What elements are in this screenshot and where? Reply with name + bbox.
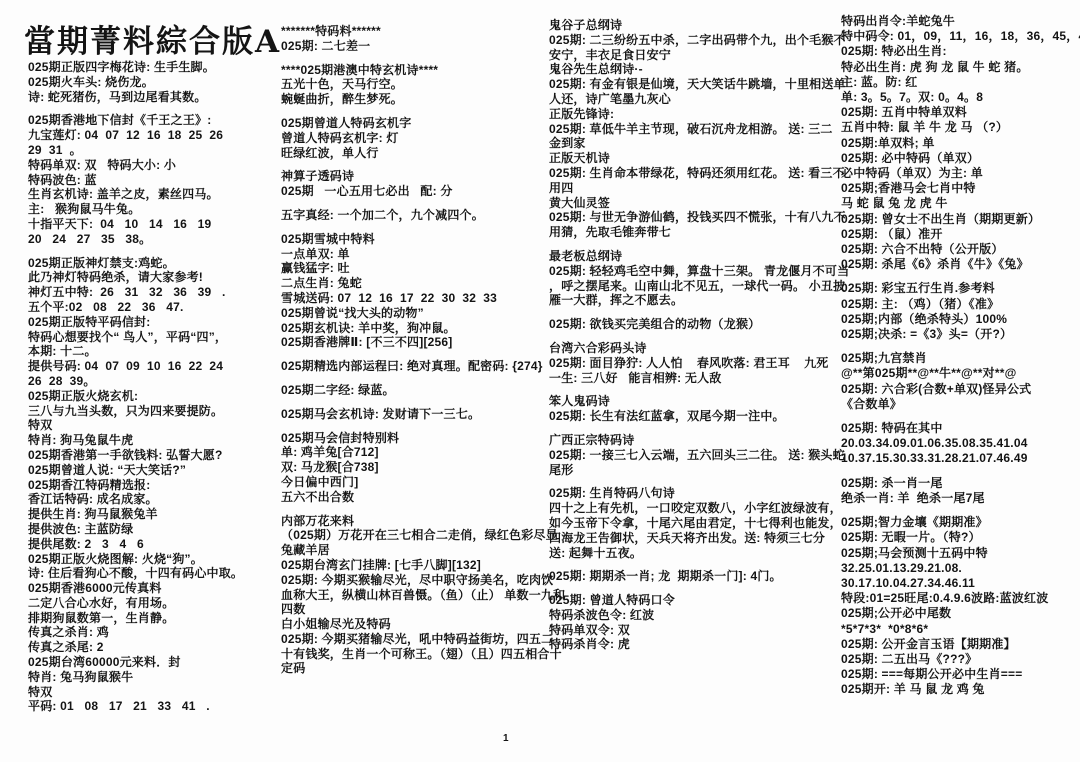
blank-line: [549, 584, 837, 593]
text-line: 十指平天下: 04 10 14 16 19: [28, 217, 274, 232]
text-line: 025期: 特必出生肖:: [841, 44, 1079, 59]
text-line: 雁一大群，挥之不愿去。: [549, 293, 837, 308]
text-line: 025期香港6000元传真料: [28, 581, 274, 596]
text-column-4: 特码出肖令:羊蛇兔牛特中码令: 01，09，11，16，18，36，45，460…: [841, 14, 1079, 698]
text-line: 蜿蜒曲折，醉生梦死。: [281, 92, 543, 107]
text-line: 十有钱奖，生肖一个可称王。（翅）（且）四五相合十: [281, 647, 543, 662]
text-line: 025期正版特平码信封:: [28, 315, 274, 330]
text-line: 必中特码（单双）为主: 单: [841, 166, 1079, 181]
text-line: 此乃神灯特码绝杀，请大家参考!: [28, 270, 274, 285]
text-line: 旺绿红波，单人行: [281, 146, 543, 161]
blank-line: [281, 350, 543, 359]
text-line: 赢钱猛字: 吐: [281, 261, 543, 276]
text-line: 025期 一心五用七必出 配: 分: [281, 184, 543, 199]
text-line: 提供号码: 04 07 09 10 16 22 24: [28, 359, 274, 374]
text-line: 送: 起舞十五夜。: [549, 546, 837, 561]
text-line: 025期;公开必中尾数: [841, 606, 1079, 621]
text-line: 定码: [281, 661, 543, 676]
text-line: 香江话特码: 成名成家。: [28, 492, 274, 507]
blank-line: [549, 385, 837, 394]
text-line: 025期玄机诀: 羊中奖，狗冲鼠。: [281, 321, 543, 336]
text-line: 黄大仙灵签: [549, 196, 837, 211]
text-line: 四海龙王告御状，天兵天将齐出发。送: 特须三七分: [549, 531, 837, 546]
text-line: 025期: 草低牛羊主节现，破石沉舟龙相游。 送: 三二: [549, 122, 837, 137]
text-line: 二点生肖: 兔蛇: [281, 276, 543, 291]
text-line: 025期: 杀一肖一尾: [841, 476, 1079, 491]
text-line: 025期马会信封特别料: [281, 431, 543, 446]
text-column-1: 025期正版四字梅花诗: 生手生脚。025期火车头: 烧伤龙。诗: 蛇死猪伤，马…: [28, 60, 274, 714]
text-line: 025期: 有金有银是仙境，天大笑话牛跳墙，十里相送单: [549, 77, 837, 92]
blank-line: [841, 467, 1079, 476]
text-line: 神算子透码诗: [281, 169, 543, 184]
page-number: 1: [503, 733, 509, 744]
text-line: 特肖: 兔马狗鼠猴牛: [28, 670, 274, 685]
text-line: *5*7*3* *0*8*6*: [841, 622, 1079, 637]
text-line: 主: 蓝。防: 红: [841, 75, 1079, 90]
text-line: 10.37.15.30.33.31.28.21.07.46.49: [841, 451, 1079, 466]
blank-line: [549, 240, 837, 249]
text-line: 025期;智力金壤《期期准》: [841, 515, 1079, 530]
text-line: 025期曾说“找大头的动物”: [281, 306, 543, 321]
text-line: 特码心想要找个“ 鸟人”，平码“四”，: [28, 330, 274, 345]
text-line: 32.25.01.13.29.21.08.: [841, 561, 1079, 576]
text-line: 025期: （鼠）准开: [841, 227, 1079, 242]
text-line: 双: 马龙猴[合738]: [281, 460, 543, 475]
text-line: 用猜，先取毛锥奔带七: [549, 225, 837, 240]
text-line: 鬼谷先生总纲诗·-: [549, 62, 837, 77]
text-line: 特码单双令: 双: [549, 623, 837, 638]
text-line: 20.03.34.09.01.06.35.08.35.41.04: [841, 436, 1079, 451]
text-line: 025期;决杀: =《3》头=（开?）: [841, 327, 1079, 342]
text-line: 五肖中特: 鼠 羊 牛 龙 马 （?）: [841, 120, 1079, 135]
text-line: 025期火车头: 烧伤龙。: [28, 75, 274, 90]
text-line: 025期: 六合不出特（公开版）: [841, 242, 1079, 257]
text-line: 笨人鬼码诗: [549, 394, 837, 409]
text-line: 025期雪城中特料: [281, 232, 543, 247]
text-line: 马 蛇 鼠 兔 龙 虎 牛: [841, 196, 1079, 211]
text-line: 025期香江特码精选报:: [28, 478, 274, 493]
text-line: 单: 鸡羊兔[合712]: [281, 445, 543, 460]
text-line: 025期: 特码在其中: [841, 421, 1079, 436]
text-line: 025期马会玄机诗: 发财请下一三七。: [281, 407, 543, 422]
text-line: 025期正版四字梅花诗: 生手生脚。: [28, 60, 274, 75]
text-line: 025期: 今期买猪输尽光，吼中特码益街坊，四五二: [281, 632, 543, 647]
blank-line: [549, 308, 837, 317]
text-line: 人还，诗广笔墨九灰心: [549, 92, 837, 107]
text-line: 一点单双: 单: [281, 247, 543, 262]
text-line: 兔藏羊居: [281, 543, 543, 558]
tipsheet-page: 當期菁料綜合版A 025期正版四字梅花诗: 生手生脚。025期火车头: 烧伤龙。…: [0, 0, 1080, 762]
text-line: 台湾六合彩码头诗: [549, 341, 837, 356]
blank-line: [281, 422, 543, 431]
text-line: 025期: ===每期公开必中生肖===: [841, 667, 1079, 682]
text-line: *******特码料******: [281, 24, 543, 39]
text-line: 单: 3。5。7。双: 0。4。8: [841, 90, 1079, 105]
text-line: 025期香港地下信封《千王之王》:: [28, 113, 274, 128]
text-line: 025期: 无暇一片。（特?）: [841, 530, 1079, 545]
text-line: 最老板总纲诗: [549, 249, 837, 264]
text-line: 五光十色，天马行空。: [281, 77, 543, 92]
page-title: 當期菁料綜合版A: [24, 16, 281, 61]
blank-line: [841, 506, 1079, 515]
text-line: 特段:01=25旺尾:0.4.9.6波路:蓝波红波: [841, 591, 1079, 606]
text-line: 雪城送码: 07 12 16 17 22 30 32 33: [281, 291, 543, 306]
text-line: 025期曾道人说: “天大笑话?”: [28, 463, 274, 478]
blank-line: [281, 223, 543, 232]
text-line: 025期二字经: 绿蓝。: [281, 383, 543, 398]
text-line: 提供尾数: 2 3 4 6: [28, 537, 274, 552]
text-line: 025期: 长生有法红蓝拿，双尾今期一注中。: [549, 409, 837, 424]
text-line: 特码波色: 蓝: [28, 173, 274, 188]
blank-line: [281, 199, 543, 208]
text-line: 025期: 期期杀一肖; 龙 期期杀一门]: 4门。: [549, 569, 837, 584]
text-line: 三八与九当头数，只为四来要提防。: [28, 404, 274, 419]
text-line: 025期正版神灯禁支:鸡蛇。: [28, 256, 274, 271]
text-line: 特肖: 狗马兔鼠牛虎: [28, 433, 274, 448]
blank-line: [281, 374, 543, 383]
text-line: 曾道人特码玄机字: 灯: [281, 131, 543, 146]
text-line: 025期: 二七差一: [281, 39, 543, 54]
text-line: 30.17.10.04.27.34.46.11: [841, 576, 1079, 591]
text-line: 特双: [28, 418, 274, 433]
text-line: ****025期港澳中特玄机诗****: [281, 63, 543, 78]
text-line: 025期开: 羊 马 鼠 龙 鸡 兔: [841, 682, 1079, 697]
blank-line: [549, 424, 837, 433]
text-line: 内部万花来料: [281, 514, 543, 529]
text-line: 26 28 39。: [28, 374, 274, 389]
text-line: 九宝莲灯: 04 07 12 16 18 25 26: [28, 128, 274, 143]
text-line: 29 31 。: [28, 143, 274, 158]
text-line: 025期: 生肖命本带绿花，特码还须用红花。 送: 看三不: [549, 166, 837, 181]
text-line: 用四: [549, 181, 837, 196]
text-line: 如今玉帝下令拿，十尾六尾由君定，十七得利也能发，: [549, 516, 837, 531]
text-line: 诗: 蛇死猪伤，马到边尾看其数。: [28, 90, 274, 105]
text-column-2: *******特码料******025期: 二七差一****025期港澳中特玄机…: [281, 24, 543, 676]
text-line: 025期: 杀尾《6》杀肖《牛》《兔》: [841, 257, 1079, 272]
blank-line: [549, 332, 837, 341]
text-line: 四数: [281, 602, 543, 617]
blank-line: [281, 505, 543, 514]
text-line: 025期台湾玄门挂牌: [七手八脚][132]: [281, 558, 543, 573]
text-line: 特码出肖令:羊蛇兔牛: [841, 14, 1079, 29]
text-line: 特双: [28, 685, 274, 700]
blank-line: [841, 412, 1079, 421]
text-line: 025期;九宫禁肖: [841, 351, 1079, 366]
text-line: 025期香港牌Ⅱ: [不三不四][256]: [281, 335, 543, 350]
text-line: 025期;内部（绝杀特头）100%: [841, 312, 1079, 327]
text-line: 025期精选内部运程曰: 绝对真理。配密码: {274}: [281, 359, 543, 374]
text-line: 五字真经: 一个加二个，九个减四个。: [281, 208, 543, 223]
text-line: 五六不出合数: [281, 490, 543, 505]
text-line: 025期: 与世无争游仙鹤，投钱买四不慌张，十有八九不: [549, 210, 837, 225]
text-line: 特必出生肖: 虎 狗 龙 鼠 牛 蛇 猪。: [841, 60, 1079, 75]
text-line: ，呼之摆尾来。山南山北不见五，一球代一码。 小丑披: [549, 279, 837, 294]
text-line: 特码杀波色令: 红波: [549, 608, 837, 623]
blank-line: [281, 54, 543, 63]
text-line: 血称大王，纵横山林百兽慑。（鱼）（止） 单数一九和: [281, 588, 543, 603]
text-line: 025期香港第一手欲钱料: 弘誓大愿?: [28, 448, 274, 463]
blank-line: [841, 342, 1079, 351]
blank-line: [281, 398, 543, 407]
text-line: 绝杀一肖: 羊 绝杀一尾7尾: [841, 491, 1079, 506]
text-line: 广西正宗特码诗: [549, 433, 837, 448]
text-line: 生肖玄机诗: 盖羊之皮，素丝四马。: [28, 187, 274, 202]
text-line: 尾形: [549, 463, 837, 478]
text-line: 025期: 必中特码（单双）: [841, 151, 1079, 166]
text-line: 025期: 六合彩(合数+单双)怪异公式: [841, 382, 1079, 397]
text-line: 《合数单》: [841, 397, 1079, 412]
text-line: 025期: 面目狰狞: 人人怕 春风吹落: 君王耳 九死: [549, 356, 837, 371]
text-line: 025期: 一接三七入云端，五六回头三二往。 送: 猴头蛇: [549, 448, 837, 463]
text-line: 025期: 公开金言玉语【期期准】: [841, 637, 1079, 652]
text-line: 025期: 欲钱买完美组合的动物（龙猴）: [549, 317, 837, 332]
text-line: 025期;香港马会七肖中特: [841, 181, 1079, 196]
text-line: 025期: 今期买猴输尽光，尽中职守扬美名，吃肉饮: [281, 573, 543, 588]
text-line: 提供生肖: 狗马鼠猴兔羊: [28, 507, 274, 522]
text-line: 传真之杀尾: 2: [28, 640, 274, 655]
text-line: 025期台湾60000元来料．封: [28, 655, 274, 670]
text-line: 特码杀肖令: 虎: [549, 637, 837, 652]
text-line: 025期: 生肖特码八句诗: [549, 486, 837, 501]
text-line: 025期正版火烧图解: 火烧“狗”。: [28, 552, 274, 567]
text-line: @**第025期**@**牛**@**对**@: [841, 366, 1079, 381]
text-line: 20 24 27 35 38。: [28, 232, 274, 247]
text-line: 主: 猴狗鼠马牛兔。: [28, 202, 274, 217]
text-line: 神灯五中特: 26 31 32 36 39 .: [28, 285, 274, 300]
text-line: 正版先锋诗:: [549, 107, 837, 122]
text-line: 诗: 住后看狗心不酸，十四有码心中取。: [28, 566, 274, 581]
blank-line: [281, 107, 543, 116]
text-line: 025期: 主: （鸡）（猪）《准》: [841, 297, 1079, 312]
text-line: 平码: 01 08 17 21 33 41 .: [28, 699, 274, 714]
text-line: 一生: 三八好 能言相辨: 无人敌: [549, 371, 837, 386]
text-line: 二定八合心水好，有用场。: [28, 596, 274, 611]
blank-line: [549, 477, 837, 486]
text-line: 金到家: [549, 136, 837, 151]
text-line: 025期曾道人特码玄机字: [281, 116, 543, 131]
text-line: 特中码令: 01，09，11，16，18，36，45，46: [841, 29, 1079, 44]
text-line: 025期: 二三纷纷五中杀，二字出码带个九，出个毛猴不: [549, 33, 837, 48]
text-line: 正版天机诗: [549, 151, 837, 166]
text-line: 025期: 彩宝五行生肖.参考料: [841, 281, 1079, 296]
text-line: 四十之上有先机，一口咬定双数八，小字红波绿波有，: [549, 501, 837, 516]
text-line: 025期: 曾道人特码口令: [549, 593, 837, 608]
text-line: 025期: 曾女士不出生肖（期期更新）: [841, 212, 1079, 227]
text-line: 五个平:02 08 22 36 47.: [28, 300, 274, 315]
text-line: 025期: 五肖中特单双料: [841, 105, 1079, 120]
text-line: 025期: 二五出马《???》: [841, 652, 1079, 667]
text-line: 提供波色: 主蓝防绿: [28, 522, 274, 537]
text-line: 025期正版火烧玄机:: [28, 389, 274, 404]
text-column-3: 鬼谷子总纲诗025期: 二三纷纷五中杀，二字出码带个九，出个毛猴不安宁，丰衣足食…: [549, 18, 837, 652]
text-line: 传真之杀肖: 鸡: [28, 625, 274, 640]
text-line: 白小姐输尽光及特码: [281, 617, 543, 632]
text-line: 特码单双: 双 特码大小: 小: [28, 158, 274, 173]
text-line: 025期: 轻轻鸡毛空中舞，算盘十三架。 青龙偃月不可当: [549, 264, 837, 279]
text-line: 排期狗鼠数第一，生肖静。: [28, 611, 274, 626]
text-line: 鬼谷子总纲诗: [549, 18, 837, 33]
text-line: （025期）万花开在三七相合二走俏，绿红色彩尽显: [281, 528, 543, 543]
text-line: 今日偏中西门]: [281, 475, 543, 490]
text-line: 025期;马会预测十五码中特: [841, 546, 1079, 561]
text-line: 025期:单双料; 单: [841, 136, 1079, 151]
text-line: 本期: 十二。: [28, 344, 274, 359]
text-line: 安宁，丰衣足食日安宁: [549, 48, 837, 63]
blank-line: [549, 560, 837, 569]
blank-line: [28, 247, 274, 256]
